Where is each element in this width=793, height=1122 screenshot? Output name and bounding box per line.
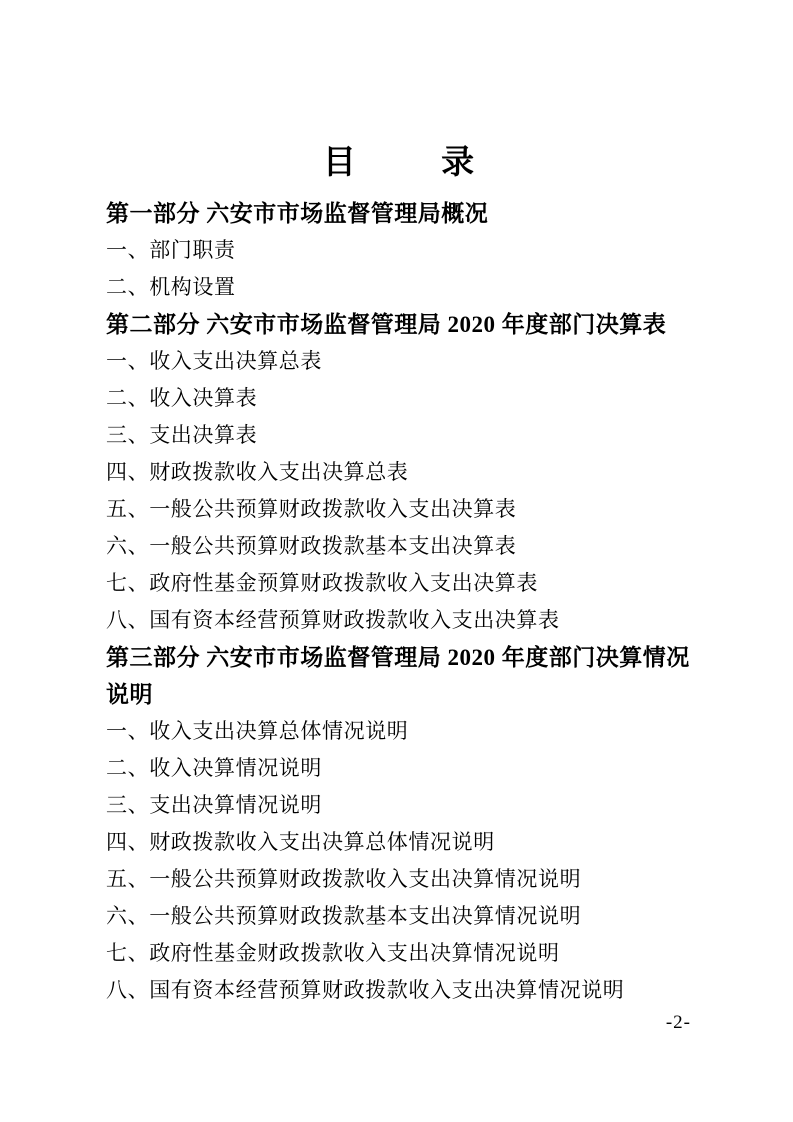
toc-item: 六、一般公共预算财政拨款基本支出决算情况说明: [106, 898, 693, 935]
section-heading-part2: 第二部分 六安市市场监督管理局 2020 年度部门决算表: [106, 306, 693, 343]
toc-item: 四、财政拨款收入支出决算总体情况说明: [106, 824, 693, 861]
toc-item: 二、机构设置: [106, 269, 693, 306]
toc-item: 七、政府性基金预算财政拨款收入支出决算表: [106, 565, 693, 602]
section-heading-part1: 第一部分 六安市市场监督管理局概况: [106, 195, 693, 232]
toc-item: 五、一般公共预算财政拨款收入支出决算表: [106, 491, 693, 528]
toc-item: 一、收入支出决算总体情况说明: [106, 713, 693, 750]
page-title: 目 录: [106, 138, 693, 195]
toc-item: 一、部门职责: [106, 232, 693, 269]
document-page: 目 录 第一部分 六安市市场监督管理局概况 一、部门职责 二、机构设置 第二部分…: [0, 0, 793, 1122]
toc-item: 一、收入支出决算总表: [106, 343, 693, 380]
toc-item: 四、财政拨款收入支出决算总表: [106, 454, 693, 491]
toc-item: 三、支出决算表: [106, 417, 693, 454]
toc-item: 五、一般公共预算财政拨款收入支出决算情况说明: [106, 861, 693, 898]
table-of-contents: 第一部分 六安市市场监督管理局概况 一、部门职责 二、机构设置 第二部分 六安市…: [106, 195, 693, 1009]
toc-item: 八、国有资本经营预算财政拨款收入支出决算情况说明: [106, 972, 693, 1009]
toc-item: 二、收入决算表: [106, 380, 693, 417]
toc-item: 三、支出决算情况说明: [106, 787, 693, 824]
page-number: -2-: [106, 1009, 693, 1037]
toc-item: 六、一般公共预算财政拨款基本支出决算表: [106, 528, 693, 565]
toc-item: 八、国有资本经营预算财政拨款收入支出决算表: [106, 602, 693, 639]
section-heading-part3: 第三部分 六安市市场监督管理局 2020 年度部门决算情况说明: [106, 639, 693, 713]
toc-item: 七、政府性基金财政拨款收入支出决算情况说明: [106, 935, 693, 972]
toc-item: 二、收入决算情况说明: [106, 750, 693, 787]
